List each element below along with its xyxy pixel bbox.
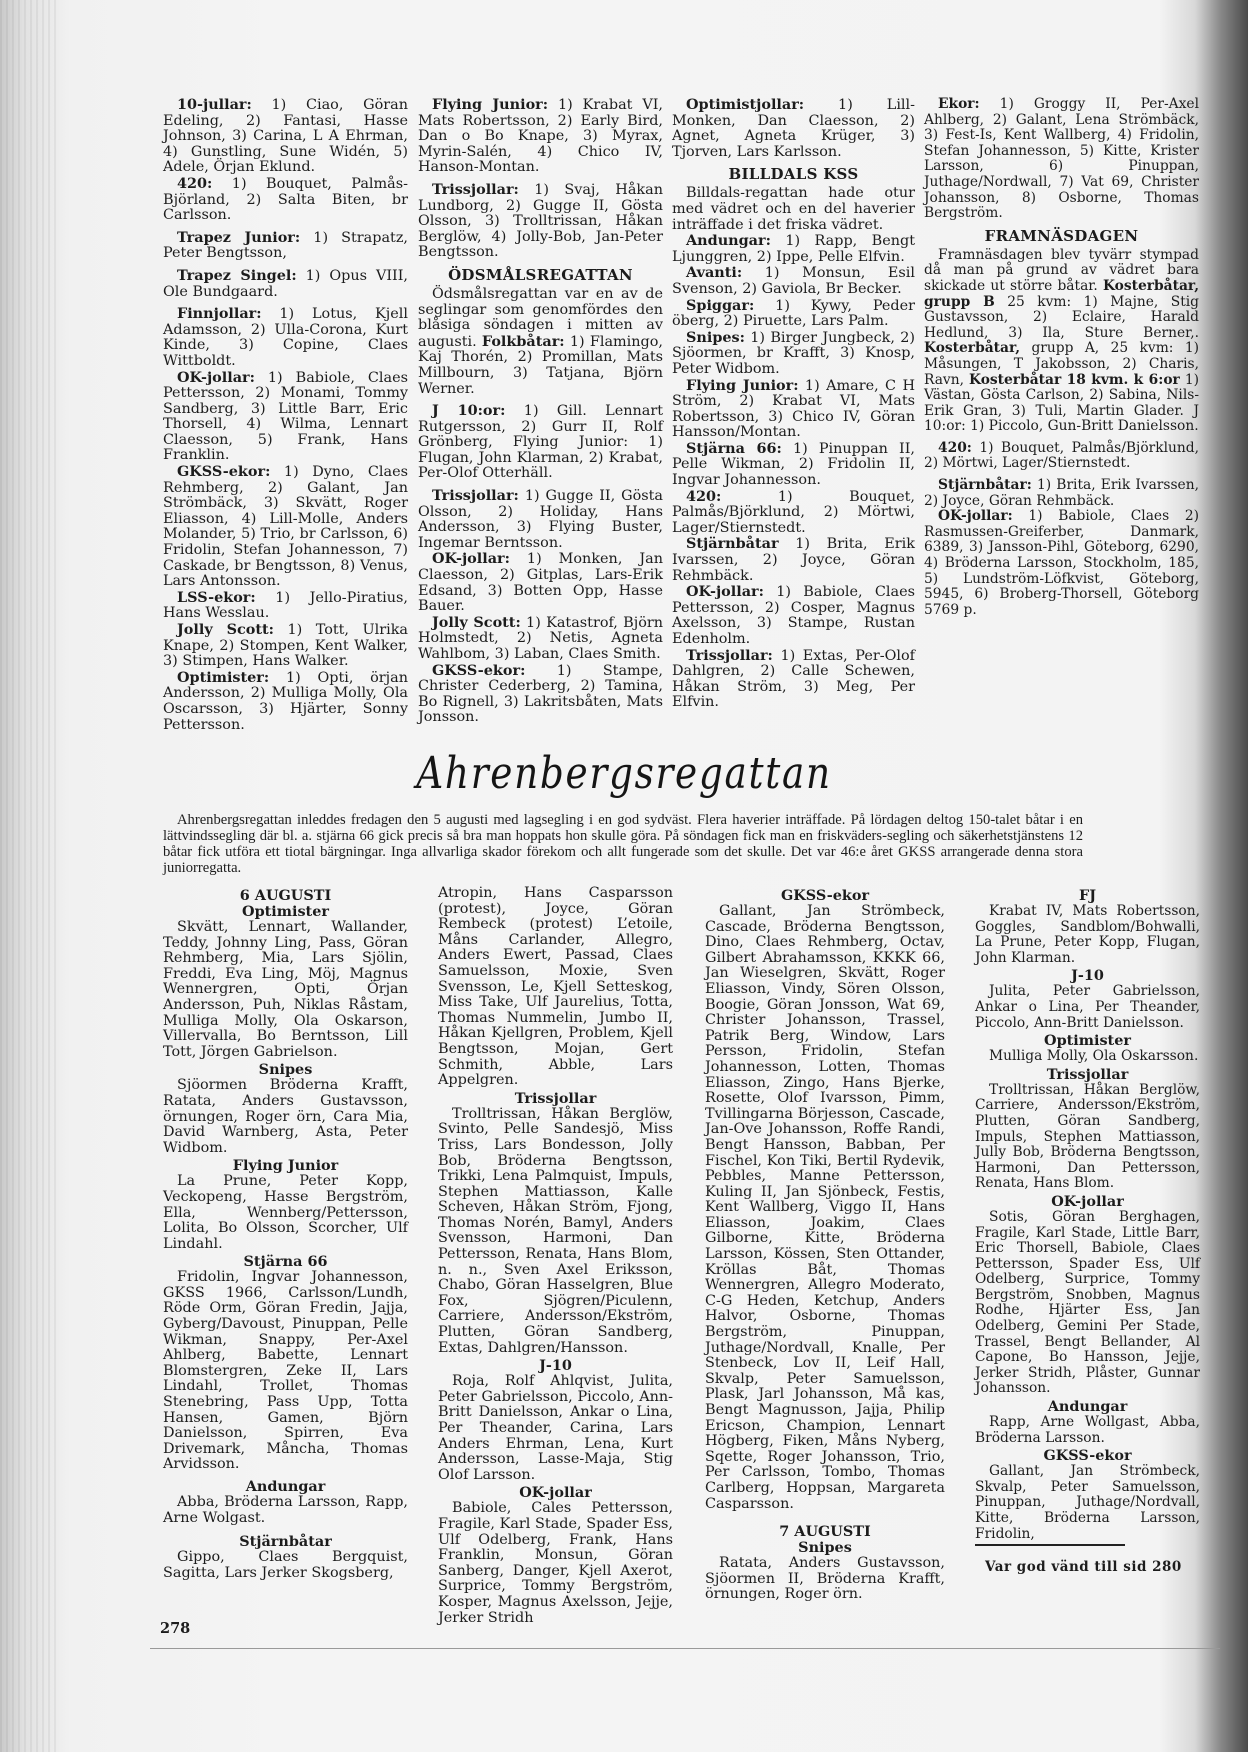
entry-list: Mulliga Molly, Ola Oskarsson. — [975, 1049, 1200, 1065]
result-paragraph: Ödsmålsregattan var en av de seglingar s… — [418, 287, 663, 397]
class-heading: Flying Junior — [163, 1158, 408, 1174]
result-paragraph: GKSS-ekor: 1) Dyno, Claes Rehmberg, 2) G… — [163, 464, 408, 590]
entry-list: Abba, Bröderna Larsson, Rapp, Arne Wolga… — [163, 1495, 408, 1526]
class-heading: Trissjollar — [975, 1067, 1200, 1083]
date-heading: 6 AUGUSTI — [163, 888, 408, 904]
result-paragraph: Trissjollar: 1) Gugge II, Gösta Olsson, … — [418, 488, 663, 551]
result-paragraph: GKSS-ekor: 1) Stampe, Christer Cederberg… — [418, 663, 663, 726]
class-heading: FJ — [975, 888, 1200, 904]
entry-list: Roja, Rolf Ahlqvist, Julita, Peter Gabri… — [438, 1374, 673, 1483]
result-paragraph: Trissjollar: 1) Svaj, Håkan Lundborg, 2)… — [418, 182, 663, 261]
result-paragraph: 10-jullar: 1) Ciao, Göran Edeling, 2) Fa… — [163, 97, 408, 176]
result-paragraph: OK-jollar: 1) Monken, Jan Claesson, 2) G… — [418, 551, 663, 614]
bottom-column-1: 6 AUGUSTI Optimister Skvätt, Lennart, Wa… — [163, 886, 408, 1581]
result-paragraph: Andungar: 1) Rapp, Bengt Ljunggren, 2) I… — [672, 233, 915, 265]
entry-list: Gallant, Jan Strömbeck, Skvalp, Peter Sa… — [975, 1464, 1200, 1542]
entry-list: Atropin, Hans Casparsson (protest), Joyc… — [438, 886, 673, 1089]
result-paragraph: Optimistjollar: 1) Lill-Monken, Dan Clae… — [672, 97, 915, 160]
result-paragraph: Flying Junior: 1) Amare, C H Ström, 2) K… — [672, 378, 915, 441]
class-heading: Optimister — [163, 904, 408, 920]
result-paragraph: Finnjollar: 1) Lotus, Kjell Adamsson, 2)… — [163, 306, 408, 369]
class-heading: Snipes — [163, 1062, 408, 1078]
top-column-1: 10-jullar: 1) Ciao, Göran Edeling, 2) Fa… — [163, 97, 408, 733]
entry-list: Julita, Peter Gabrielsson, Ankar o Lina,… — [975, 984, 1200, 1031]
article-title: Ahrenbergsregattan — [94, 748, 1155, 799]
entry-list: Skvätt, Lennart, Wallander, Teddy, Johnn… — [163, 920, 408, 1060]
class-heading: GKSS-ekor — [705, 888, 945, 904]
result-paragraph: Snipes: 1) Birger Jungbeck, 2) Sjöormen,… — [672, 330, 915, 378]
entry-list: Babiole, Cales Pettersson, Fragile, Karl… — [438, 1501, 673, 1626]
top-column-3: Optimistjollar: 1) Lill-Monken, Dan Clae… — [672, 97, 915, 711]
result-paragraph: Trapez Junior: 1) Strapatz, Peter Bengts… — [163, 230, 408, 262]
page-number: 278 — [160, 1620, 190, 1637]
result-paragraph: OK-jollar: 1) Babiole, Claes Pettersson,… — [163, 370, 408, 465]
section-heading: BILLDALS KSS — [672, 166, 915, 183]
class-heading: Snipes — [705, 1540, 945, 1556]
result-paragraph: 420: 1) Bouquet, Palmås/Björklund, 2) Mö… — [924, 441, 1199, 472]
result-paragraph: LSS-ekor: 1) Jello-Piratius, Hans Wessla… — [163, 590, 408, 622]
top-column-4: Ekor: 1) Groggy II, Per-Axel Ahlberg, 2)… — [924, 97, 1199, 618]
result-paragraph: Jolly Scott: 1) Katastrof, Björn Holmste… — [418, 615, 663, 663]
result-paragraph: Stjärna 66: 1) Pinuppan II, Pelle Wikman… — [672, 441, 915, 489]
entry-list: Gallant, Jan Strömbeck, Cascade, Brödern… — [705, 904, 945, 1512]
result-paragraph: Avanti: 1) Monsun, Esil Svenson, 2) Gavi… — [672, 265, 915, 297]
result-paragraph: Ekor: 1) Groggy II, Per-Axel Ahlberg, 2)… — [924, 97, 1199, 222]
article-intro: Ahrenbergsregattan inleddes fredagen den… — [163, 812, 1083, 876]
section-heading: ÖDSMÅLSREGATTAN — [418, 267, 663, 284]
class-heading: Andungar — [975, 1399, 1200, 1415]
class-heading: Stjärnbåtar — [163, 1534, 408, 1550]
entry-list: Trolltrissan, Håkan Berglöw, Svinto, Pel… — [438, 1107, 673, 1357]
class-heading: OK-jollar — [438, 1485, 673, 1501]
continued-note: Var god vänd till sid 280 — [985, 1559, 1182, 1575]
class-heading: J-10 — [438, 1358, 673, 1374]
class-heading: Optimister — [975, 1033, 1200, 1049]
result-paragraph: Trissjollar: 1) Extas, Per-Olof Dahlgren… — [672, 648, 915, 711]
date-heading: 7 AUGUSTI — [705, 1524, 945, 1540]
result-paragraph: OK-jollar: 1) Babiole, Claes Pettersson,… — [672, 584, 915, 647]
divider-rule — [975, 1544, 1125, 1546]
result-paragraph: Trapez Singel: 1) Opus VIII, Ole Bundgaa… — [163, 268, 408, 300]
book-page-edge — [0, 0, 60, 1752]
result-paragraph: 420: 1) Bouquet, Palmås-Björland, 2) Sal… — [163, 176, 408, 224]
footer-line — [150, 1648, 1220, 1649]
class-heading: OK-jollar — [975, 1194, 1200, 1210]
entry-list: Fridolin, Ingvar Johannesson, GKSS 1966,… — [163, 1270, 408, 1473]
entry-list: La Prune, Peter Kopp, Veckopeng, Hasse B… — [163, 1174, 408, 1252]
top-column-2: Flying Junior: 1) Krabat VI, Mats Robert… — [418, 97, 663, 726]
result-paragraph: Stjärnbåtar 1) Brita, Erik Ivarssen, 2) … — [672, 536, 915, 584]
result-paragraph: Framnäsdagen blev tyvärr stympad då man … — [924, 248, 1199, 435]
class-heading: GKSS-ekor — [975, 1448, 1200, 1464]
result-paragraph: 420: 1) Bouquet, Palmås/Björklund, 2) Mö… — [672, 489, 915, 537]
section-heading: FRAMNÄSDAGEN — [924, 228, 1199, 245]
bottom-column-3: GKSS-ekor Gallant, Jan Strömbeck, Cascad… — [705, 886, 945, 1603]
entry-list: Gippo, Claes Bergquist, Sagitta, Lars Je… — [163, 1550, 408, 1581]
entry-list: Ratata, Anders Gustavsson, Sjöormen II, … — [705, 1556, 945, 1603]
entry-list: Trolltrissan, Håkan Berglöw, Carriere, A… — [975, 1083, 1200, 1192]
result-paragraph: Billdals-regattan hade otur med vädret o… — [672, 186, 915, 233]
class-heading: Trissjollar — [438, 1091, 673, 1107]
entry-list: Sotis, Göran Berghagen, Fragile, Karl St… — [975, 1210, 1200, 1397]
bottom-column-2: Atropin, Hans Casparsson (protest), Joyc… — [438, 886, 673, 1626]
result-paragraph: Spiggar: 1) Kywy, Peder öberg, 2) Piruet… — [672, 298, 915, 330]
class-heading: Stjärna 66 — [163, 1254, 408, 1270]
bottom-column-4: FJ Krabat IV, Mats Robertsson, Goggles, … — [975, 886, 1200, 1542]
result-paragraph: Stjärnbåtar: 1) Brita, Erik Ivarssen, 2)… — [924, 478, 1199, 509]
class-heading: Andungar — [163, 1479, 408, 1495]
entry-list: Krabat IV, Mats Robertsson, Goggles, San… — [975, 904, 1200, 966]
result-paragraph: J 10:or: 1) Gill. Lennart Rutgersson, 2)… — [418, 403, 663, 482]
entry-list: Rapp, Arne Wollgast, Abba, Bröderna Lars… — [975, 1415, 1200, 1446]
result-paragraph: Flying Junior: 1) Krabat VI, Mats Robert… — [418, 97, 663, 176]
result-paragraph: Optimister: 1) Opti, örjan Andersson, 2)… — [163, 670, 408, 733]
result-paragraph: Jolly Scott: 1) Tott, Ulrika Knape, 2) S… — [163, 622, 408, 670]
entry-list: Sjöormen Bröderna Krafft, Ratata, Anders… — [163, 1078, 408, 1156]
class-heading: J-10 — [975, 968, 1200, 984]
result-paragraph: OK-jollar: 1) Babiole, Claes 2) Rasmusse… — [924, 509, 1199, 618]
